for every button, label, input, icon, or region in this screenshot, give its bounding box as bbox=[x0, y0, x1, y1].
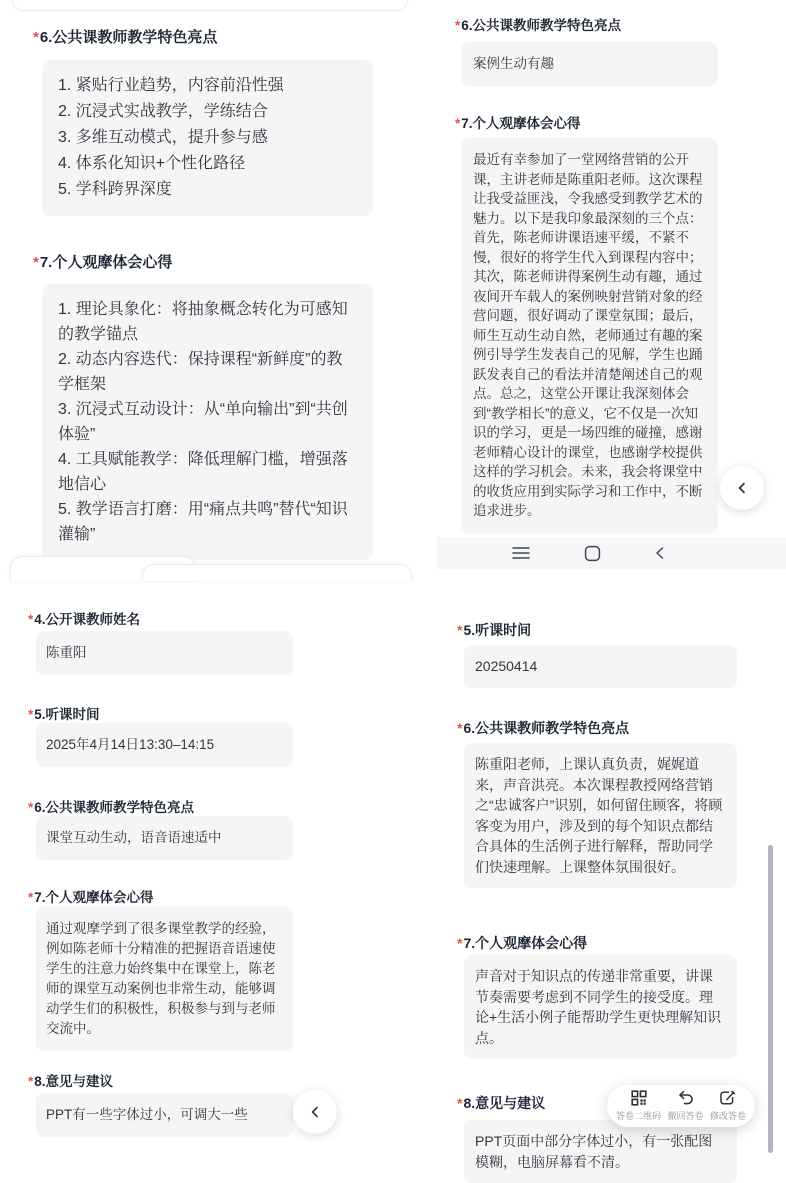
required-asterisk: * bbox=[455, 18, 460, 33]
required-asterisk: * bbox=[28, 707, 33, 722]
android-nav-bar bbox=[437, 537, 786, 569]
screenshot-top-left: *6.公共课教师教学特色亮点 1. 紧贴行业趋势，内容前沿性强 2. 沉浸式实战… bbox=[0, 0, 410, 578]
answer-box: 1. 紧贴行业趋势，内容前沿性强 2. 沉浸式实战教学，学练结合 3. 多维互动… bbox=[42, 60, 373, 216]
answer-box: PPT有一些字体过小，可调大一些 bbox=[36, 1093, 293, 1137]
required-asterisk: * bbox=[457, 720, 462, 736]
screenshot-top-right: *6.公共课教师教学特色亮点 案例生动有趣 *7.个人观摩体会心得 最近有幸参加… bbox=[437, 0, 786, 578]
question-label: 5.听课时间 bbox=[34, 707, 99, 722]
question-label: 8.意见与建议 bbox=[463, 1095, 545, 1111]
question-label: 7.个人观摩体会心得 bbox=[461, 116, 580, 131]
answer-box: 声音对于知识点的传递非常重要，讲课节奏需要考虑到不同学生的接受度。理论+生活小例… bbox=[464, 955, 737, 1059]
question-label: 7.个人观摩体会心得 bbox=[463, 935, 587, 951]
collapse-chevron-button[interactable] bbox=[293, 1090, 337, 1134]
question-label: 4.公开课教师姓名 bbox=[34, 612, 140, 627]
required-asterisk: * bbox=[457, 622, 462, 638]
question-title: *7.个人观摩体会心得 bbox=[457, 933, 587, 953]
partial-card-edge bbox=[12, 0, 408, 11]
question-label: 6.公共课教师教学特色亮点 bbox=[461, 18, 621, 33]
question-title: *6.公共课教师教学特色亮点 bbox=[455, 14, 621, 34]
screenshot-bottom-left: *4.公开课教师姓名 陈重阳 *5.听课时间 2025年4月14日13:30–1… bbox=[0, 600, 340, 1183]
required-asterisk: * bbox=[457, 935, 462, 951]
required-asterisk: * bbox=[28, 612, 33, 627]
required-asterisk: * bbox=[33, 254, 39, 271]
question-title: *7.个人观摩体会心得 bbox=[455, 112, 581, 132]
answer-box: 1. 理论具象化：将抽象概念转化为可感知的教学锚点 2. 动态内容迭代：保持课程… bbox=[42, 284, 373, 560]
answer-box: 2025年4月14日13:30–14:15 bbox=[36, 723, 293, 767]
collapse-chevron-button[interactable] bbox=[720, 466, 764, 510]
question-title: *7.个人观摩体会心得 bbox=[33, 251, 172, 272]
back-icon[interactable] bbox=[642, 537, 678, 569]
partial-card-edge bbox=[142, 564, 412, 581]
question-title: *4.公开课教师姓名 bbox=[28, 608, 140, 628]
answer-box: 课堂互动生动，语音语速适中 bbox=[36, 816, 293, 860]
question-title: *6.公共课教师教学特色亮点 bbox=[457, 718, 629, 738]
answer-actions-toolbar: 答卷二维码 撤回答卷 bbox=[607, 1085, 755, 1127]
question-title: *5.听课时间 bbox=[457, 620, 531, 640]
answer-box: PPT页面中部分字体过小，有一张配图模糊，电脑屏幕看不清。 bbox=[464, 1120, 737, 1183]
question-title: *6.公共课教师教学特色亮点 bbox=[33, 26, 217, 47]
qr-code-icon bbox=[631, 1090, 647, 1106]
chevron-left-icon bbox=[308, 1105, 322, 1119]
required-asterisk: * bbox=[28, 890, 33, 905]
toolbar-item-label: 修改答卷 bbox=[710, 1109, 746, 1122]
question-label: 6.公共课教师教学特色亮点 bbox=[34, 800, 194, 815]
answer-box: 20250414 bbox=[464, 645, 737, 688]
chevron-left-icon bbox=[735, 481, 749, 495]
question-title: *8.意见与建议 bbox=[457, 1093, 545, 1113]
required-asterisk: * bbox=[28, 1074, 33, 1089]
answer-box: 通过观摩学到了很多课堂教学的经验，例如陈老师十分精准的把握语音语速使学生的注意力… bbox=[36, 907, 293, 1051]
question-label: 8.意见与建议 bbox=[34, 1074, 113, 1089]
answer-box: 陈重阳老师，上课认真负责，娓娓道来，声音洪亮。本次课程教授网络营销之“忠诚客户”… bbox=[464, 743, 737, 888]
undo-icon bbox=[677, 1090, 694, 1106]
menu-icon[interactable] bbox=[503, 537, 539, 569]
question-label: 6.公共课教师教学特色亮点 bbox=[463, 720, 629, 736]
question-title: *8.意见与建议 bbox=[28, 1070, 113, 1090]
toolbar-item-label: 撤回答卷 bbox=[667, 1109, 703, 1122]
required-asterisk: * bbox=[33, 29, 39, 46]
vertical-scrollbar[interactable] bbox=[768, 845, 773, 1153]
undo-answer-button[interactable]: 撤回答卷 bbox=[667, 1090, 703, 1122]
qr-code-button[interactable]: 答卷二维码 bbox=[616, 1090, 661, 1122]
question-title: *6.公共课教师教学特色亮点 bbox=[28, 796, 194, 816]
screenshot-collage: *6.公共课教师教学特色亮点 1. 紧贴行业趋势，内容前沿性强 2. 沉浸式实战… bbox=[0, 0, 786, 1183]
question-label: 7.个人观摩体会心得 bbox=[40, 254, 173, 271]
answer-box: 案例生动有趣 bbox=[461, 42, 718, 86]
toolbar-item-label: 答卷二维码 bbox=[616, 1109, 661, 1122]
question-title: *7.个人观摩体会心得 bbox=[28, 886, 154, 906]
question-label: 7.个人观摩体会心得 bbox=[34, 890, 153, 905]
question-label: 5.听课时间 bbox=[463, 622, 531, 638]
required-asterisk: * bbox=[28, 800, 33, 815]
required-asterisk: * bbox=[457, 1095, 462, 1111]
question-title: *5.听课时间 bbox=[28, 703, 100, 723]
answer-box: 最近有幸参加了一堂网络营销的公开课，主讲老师是陈重阳老师。这次课程让我受益匪浅，… bbox=[461, 138, 718, 533]
edit-answer-button[interactable]: 修改答卷 bbox=[710, 1090, 746, 1122]
edit-icon bbox=[719, 1090, 736, 1106]
home-icon[interactable] bbox=[574, 537, 610, 569]
answer-box: 陈重阳 bbox=[36, 631, 293, 675]
question-label: 6.公共课教师教学特色亮点 bbox=[40, 29, 218, 46]
required-asterisk: * bbox=[455, 116, 460, 131]
